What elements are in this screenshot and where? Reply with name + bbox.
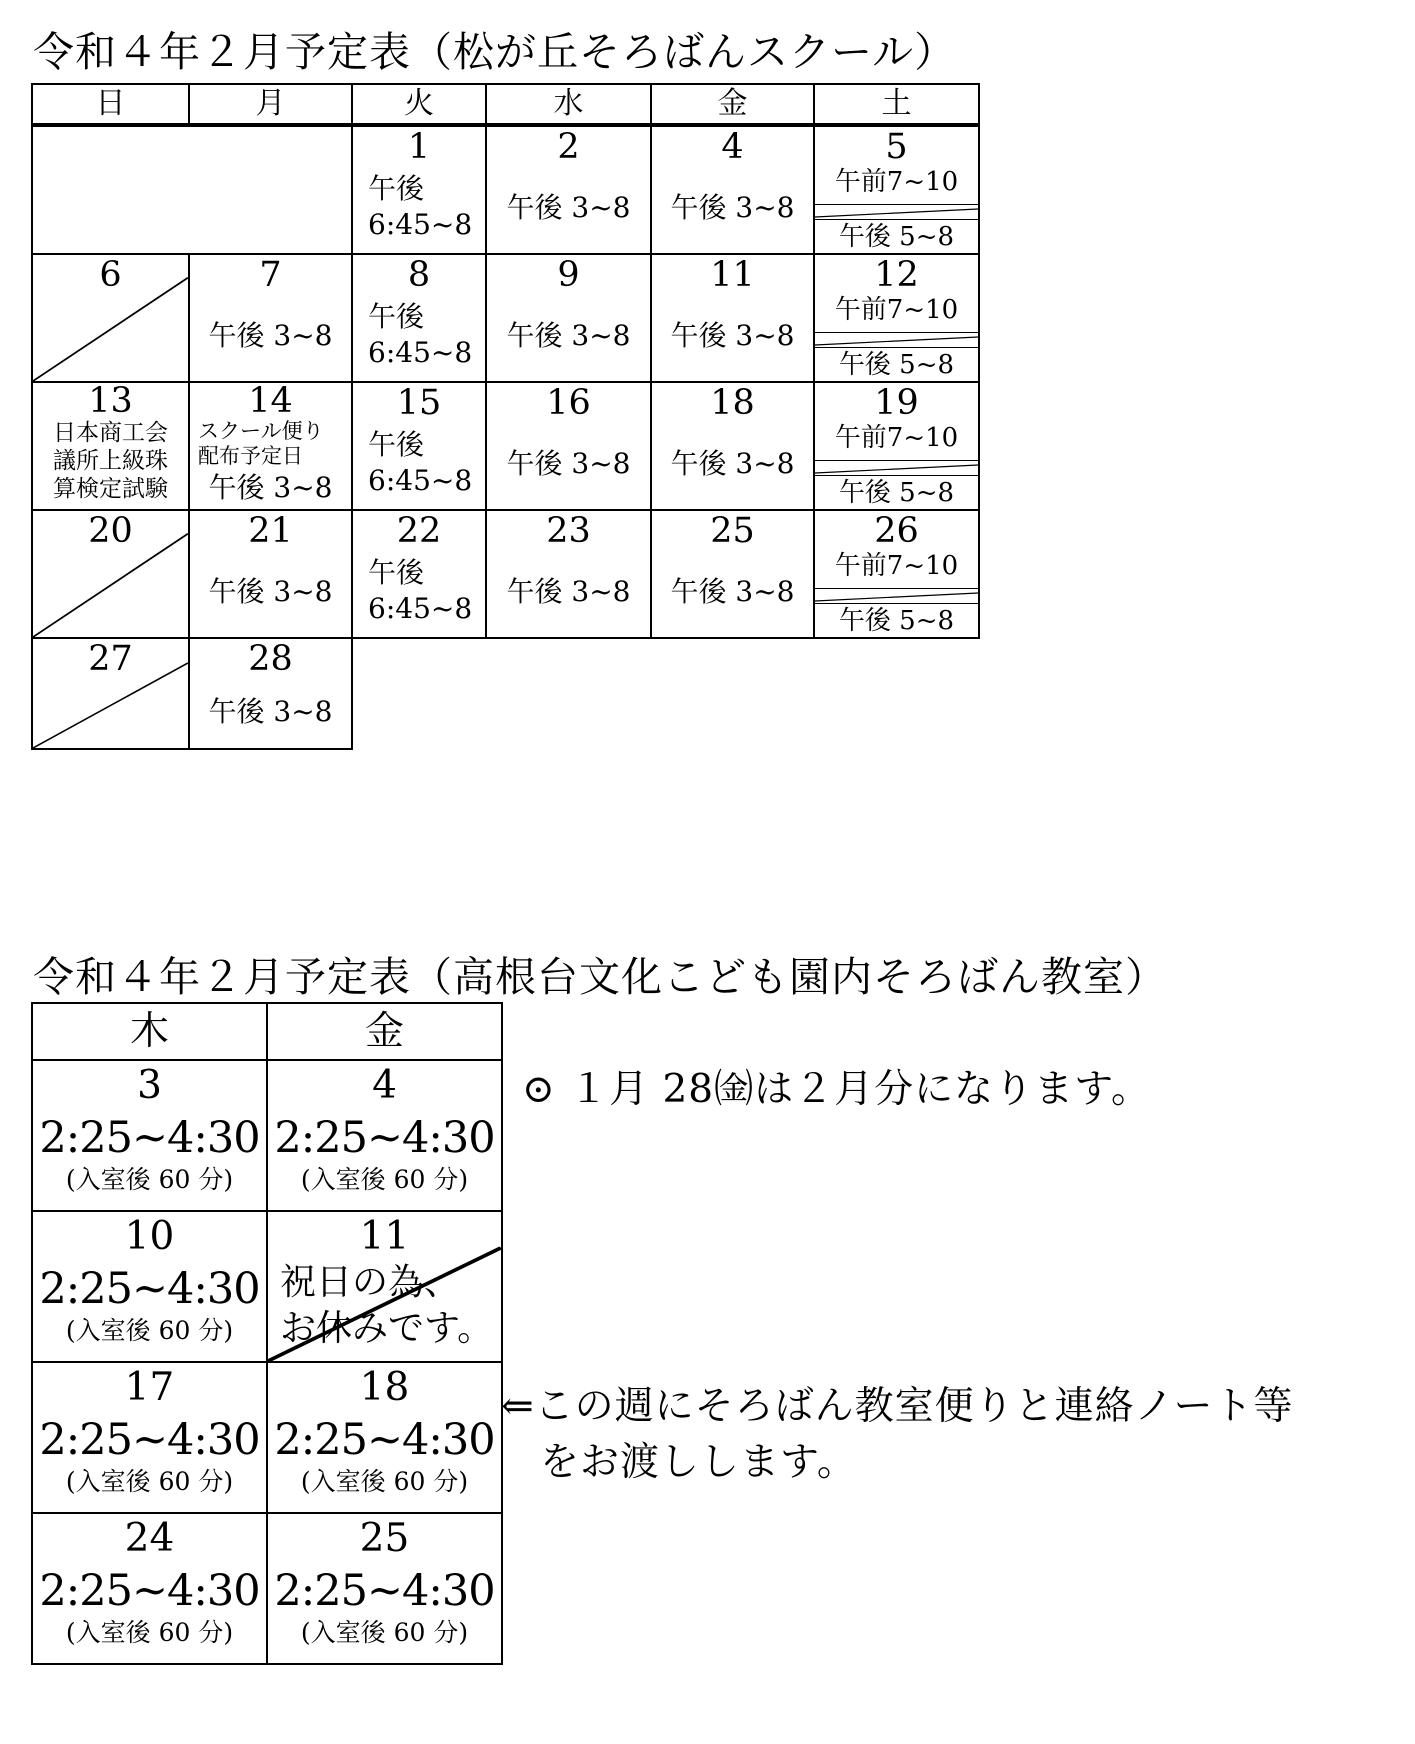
event-note: 議所上級珠 [33,447,188,475]
day-number: 11 [268,1216,501,1258]
week-row: 6 7 午後 3~8 8 午後 6:45~8 9 午後 3~8 11 午後 3~… [32,254,979,382]
header-wed: 水 [486,84,651,125]
day-number: 9 [487,257,650,293]
day-cell: 7 午後 3~8 [189,254,352,382]
header-thu: 木 [32,1003,267,1060]
day-number: 25 [268,1518,501,1560]
day-cell: 24 2:25~4:30 (入室後 60 分) [32,1513,267,1664]
notice-text: ⊙ １月 28㈮は２月分になります。 [522,1063,1151,1117]
duration-note: (入室後 60 分) [268,1165,501,1195]
duration-note: (入室後 60 分) [33,1316,266,1346]
day-number: 1 [353,129,485,165]
time-label: 午後 [353,299,485,335]
time-range: 午後 3~8 [487,191,650,225]
time-range: 午後 3~8 [190,575,351,609]
week-row: 1 午後 6:45~8 2 午後 3~8 4 午後 3~8 5 午前7~10 午… [32,125,979,254]
time-label: 午後 [353,427,485,463]
week-row: 3 2:25~4:30 (入室後 60 分) 4 2:25~4:30 (入室後 … [32,1060,502,1211]
day-number: 4 [268,1065,501,1107]
day-number: 10 [33,1216,266,1258]
day-number: 11 [652,257,813,293]
header-sun: 日 [32,84,189,125]
day-cell: 4 2:25~4:30 (入室後 60 分) [267,1060,502,1211]
am-time: 午前7~10 [815,165,978,205]
day-cell: 2 午後 3~8 [486,125,651,254]
week-row: 13 日本商工会 議所上級珠 算検定試験 14 スクール便り 配布予定日 午後 … [32,382,979,510]
header-row: 日 月 火 水 金 土 [32,84,979,125]
time-range: 2:25~4:30 [33,1264,266,1314]
day-cell: 16 午後 3~8 [486,382,651,510]
time-label: 午後 [353,555,485,591]
day-number: 6 [33,257,188,293]
time-range: 午後 3~8 [652,319,813,353]
header-fri: 金 [651,84,814,125]
header-mon: 月 [189,84,352,125]
header-tue: 火 [352,84,486,125]
am-time: 午前7~10 [815,549,978,589]
day-number: 28 [190,641,351,677]
day-number: 23 [487,513,650,549]
day-number: 19 [815,385,978,421]
day-cell: 25 午後 3~8 [651,510,814,638]
pm-time: 午後 5~8 [815,219,978,254]
day-cell: 26 午前7~10 午後 5~8 [814,510,979,638]
day-number: 12 [815,257,978,293]
time-range: 午後 3~8 [652,575,813,609]
time-range: 2:25~4:30 [33,1566,266,1616]
day-cell: 14 スクール便り 配布予定日 午後 3~8 [189,382,352,510]
day-number: 16 [487,385,650,421]
duration-note: (入室後 60 分) [268,1618,501,1648]
duration-note: (入室後 60 分) [33,1165,266,1195]
day-number: 18 [652,385,813,421]
day-cell-closed: 6 [32,254,189,382]
day-number: 24 [33,1518,266,1560]
day-cell: 8 午後 6:45~8 [352,254,486,382]
time-range: 2:25~4:30 [268,1566,501,1616]
time-range: 午後 3~8 [652,191,813,225]
day-number: 14 [190,383,351,419]
header-fri: 金 [267,1003,502,1060]
time-range: 2:25~4:30 [33,1113,266,1163]
header-row: 木 金 [32,1003,502,1060]
day-number: 20 [33,513,188,549]
day-cell: 12 午前7~10 午後 5~8 [814,254,979,382]
time-range: 6:45~8 [353,463,485,499]
day-cell: 10 2:25~4:30 (入室後 60 分) [32,1211,267,1362]
time-range: 午後 3~8 [487,319,650,353]
day-cell: 18 午後 3~8 [651,382,814,510]
day-number: 15 [353,385,485,421]
day-cell: 18 2:25~4:30 (入室後 60 分) [267,1362,502,1513]
day-number: 18 [268,1367,501,1409]
day-number: 21 [190,513,351,549]
time-range: 午後 3~8 [190,695,351,729]
day-cell-closed: 20 [32,510,189,638]
day-number: 2 [487,129,650,165]
event-note: 日本商工会 [33,419,188,447]
day-cell: 13 日本商工会 議所上級珠 算検定試験 [32,382,189,510]
day-cell: 11 午後 3~8 [651,254,814,382]
day-cell: 23 午後 3~8 [486,510,651,638]
day-cell: 21 午後 3~8 [189,510,352,638]
time-range: 午後 3~8 [190,319,351,353]
day-number: 8 [353,257,485,293]
week-row: 17 2:25~4:30 (入室後 60 分) 18 2:25~4:30 (入室… [32,1362,502,1513]
duration-note: (入室後 60 分) [33,1467,266,1497]
schedule2-title: 令和４年２月予定表（高根台文化こども園内そろばん教室） [33,953,1167,1001]
day-cell: 4 午後 3~8 [651,125,814,254]
day-cell: 1 午後 6:45~8 [352,125,486,254]
schedule2-table: 木 金 3 2:25~4:30 (入室後 60 分) 4 2:25~4:30 (… [31,1002,503,1665]
day-cell: 28 午後 3~8 [189,638,352,749]
day-cell: 19 午前7~10 午後 5~8 [814,382,979,510]
event-note: 配布予定日 [190,444,351,469]
time-range: 6:45~8 [353,591,485,627]
event-note: スクール便り [190,419,351,444]
day-number: 4 [652,129,813,165]
week-row: 10 2:25~4:30 (入室後 60 分) 11 祝日の為、 お休みです。 [32,1211,502,1362]
time-range: 2:25~4:30 [33,1415,266,1465]
day-cell-closed: 27 [32,638,189,749]
week-note-line1: ⇐この週にそろばん教室便りと連絡ノート等 [501,1380,1294,1434]
day-number: 3 [33,1065,266,1107]
time-range: 2:25~4:30 [268,1415,501,1465]
day-number: 13 [33,383,188,419]
day-cell: 17 2:25~4:30 (入室後 60 分) [32,1362,267,1513]
time-range: 6:45~8 [353,335,485,371]
day-cell: 25 2:25~4:30 (入室後 60 分) [267,1513,502,1664]
day-cell: 3 2:25~4:30 (入室後 60 分) [32,1060,267,1211]
am-time: 午前7~10 [815,421,978,461]
pm-time: 午後 5~8 [815,347,978,382]
duration-note: (入室後 60 分) [33,1618,266,1648]
day-cell: 5 午前7~10 午後 5~8 [814,125,979,254]
time-range: 午後 3~8 [190,471,351,505]
time-range: 6:45~8 [353,207,485,243]
day-number: 22 [353,513,485,549]
time-range: 午後 3~8 [487,575,650,609]
empty-area [352,638,979,749]
empty-cell [32,125,352,254]
schedule1-title: 令和４年２月予定表（松が丘そろばんスクール） [33,28,956,76]
schedule1-table: 日 月 火 水 金 土 1 午後 6:45~8 2 午後 3~8 4 午後 3~… [31,83,980,750]
time-range: 午後 3~8 [652,447,813,481]
day-number: 17 [33,1367,266,1409]
pm-time: 午後 5~8 [815,475,978,510]
event-note: 算検定試験 [33,475,188,503]
time-label: 午後 [353,171,485,207]
day-cell-holiday: 11 祝日の為、 お休みです。 [267,1211,502,1362]
week-note-line2: をお渡しします。 [540,1436,857,1490]
header-sat: 土 [814,84,979,125]
day-number: 27 [33,641,188,677]
duration-note: (入室後 60 分) [268,1467,501,1497]
day-number: 7 [190,257,351,293]
week-row: 24 2:25~4:30 (入室後 60 分) 25 2:25~4:30 (入室… [32,1513,502,1664]
day-number: 26 [815,513,978,549]
week-row: 27 28 午後 3~8 [32,638,979,749]
day-cell: 9 午後 3~8 [486,254,651,382]
am-time: 午前7~10 [815,293,978,333]
day-number: 25 [652,513,813,549]
holiday-note: 祝日の為、 [268,1260,501,1306]
day-cell: 15 午後 6:45~8 [352,382,486,510]
time-range: 午後 3~8 [487,447,650,481]
time-range: 2:25~4:30 [268,1113,501,1163]
holiday-note: お休みです。 [268,1306,501,1352]
week-row: 20 21 午後 3~8 22 午後 6:45~8 23 午後 3~8 25 午… [32,510,979,638]
pm-time: 午後 5~8 [815,603,978,638]
day-number: 5 [815,129,978,165]
day-cell: 22 午後 6:45~8 [352,510,486,638]
